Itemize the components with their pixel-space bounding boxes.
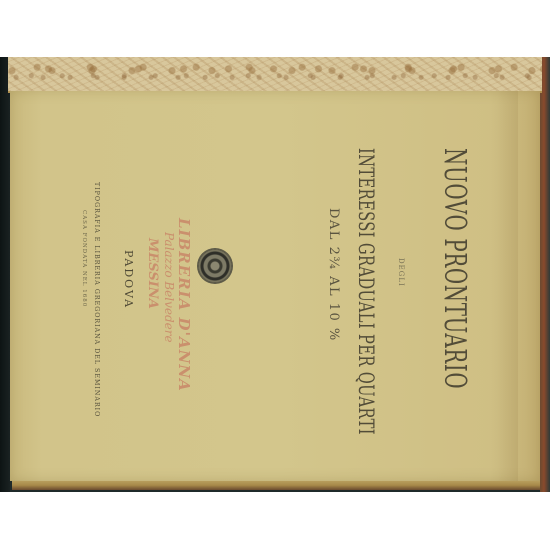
book-title: NUOVO PRONTUARIO xyxy=(437,148,472,389)
book-cover-left-edge xyxy=(0,57,10,492)
printer-emblem-icon xyxy=(198,249,232,283)
bookseller-stamp-address: Palazzo Belvedere xyxy=(162,232,176,343)
book-cover-right-edge xyxy=(540,57,550,492)
book-subtitle: INTERESSI GRADUALI PER QUARTI xyxy=(354,148,378,435)
rate-range: DAL 2¾ AL 10 % xyxy=(326,208,341,342)
page-gutter-shadow xyxy=(490,91,518,481)
imprint-printer: TIPOGRAFIA E LIBRERIA GREGORIANA DEL SEM… xyxy=(93,182,100,417)
bookseller-stamp-name: LIBRERIA D'ANNA xyxy=(175,218,193,392)
title-connector: DEGLI xyxy=(397,258,405,287)
imprint-city: PADOVA xyxy=(122,250,135,309)
marbled-endpaper-edge xyxy=(8,57,542,93)
bookseller-stamp-city: MESSINA xyxy=(145,238,160,309)
imprint-founded: CASA FONDATA NEL 1680 xyxy=(81,210,87,307)
